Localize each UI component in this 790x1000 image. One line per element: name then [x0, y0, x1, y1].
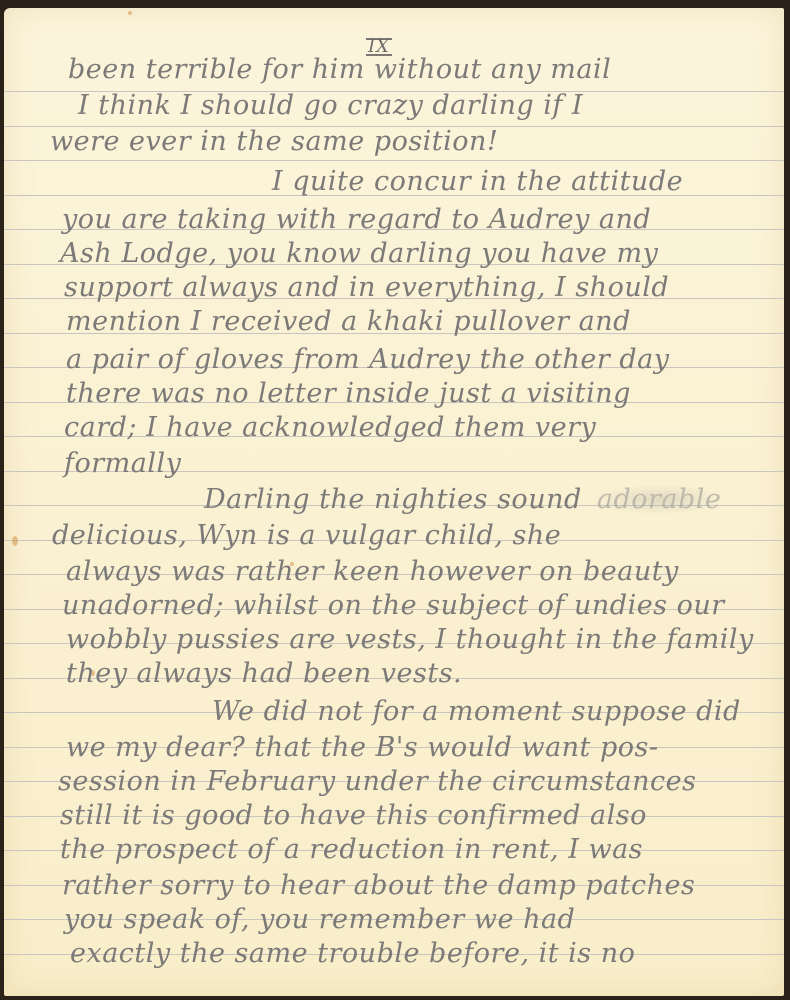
- text-line: session in February under the circumstan…: [58, 766, 696, 797]
- text-line: always was rather keen however on beauty: [66, 556, 679, 587]
- text-line: rather sorry to hear about the damp patc…: [62, 870, 695, 901]
- text-line: they always had been vests.: [66, 658, 462, 689]
- text-line: there was no letter inside just a visiti…: [66, 378, 631, 409]
- text-segment: Darling the nighties sound: [204, 484, 582, 515]
- text-line: were ever in the same position!: [50, 126, 498, 157]
- text-line: been terrible for him without any mail: [68, 54, 611, 85]
- text-line: formally: [64, 448, 181, 479]
- stain-spot: [12, 536, 18, 546]
- text-line: still it is good to have this confirmed …: [60, 800, 647, 831]
- text-line: card; I have acknowledged them very: [64, 412, 596, 443]
- ruled-line: [4, 160, 784, 161]
- text-line: mention I received a khaki pullover and: [66, 306, 631, 337]
- text-line: I think I should go crazy darling if I: [78, 90, 583, 121]
- text-line: you are taking with regard to Audrey and: [62, 204, 651, 235]
- text-line: We did not for a moment suppose did: [212, 696, 741, 727]
- erased-word: adorable: [591, 484, 728, 515]
- text-line: a pair of gloves from Audrey the other d…: [66, 344, 670, 375]
- text-line: you speak of, you remember we had: [64, 904, 575, 935]
- text-line: I quite concur in the attitude: [272, 166, 683, 197]
- text-line: Ash Lodge, you know darling you have my: [60, 238, 658, 269]
- text-line: exactly the same trouble before, it is n…: [70, 938, 635, 969]
- text-line: wobbly pussies are vests, I thought in t…: [66, 624, 754, 655]
- letter-page: IX been terrible for him without any mai…: [4, 8, 784, 996]
- text-line: we my dear? that the B's would want pos-: [66, 732, 659, 763]
- stain-spot: [128, 11, 132, 15]
- text-line: delicious, Wyn is a vulgar child, she: [52, 520, 561, 551]
- text-line: unadorned; whilst on the subject of undi…: [62, 590, 725, 621]
- text-line: support always and in everything, I shou…: [64, 272, 669, 303]
- text-line: the prospect of a reduction in rent, I w…: [60, 834, 643, 865]
- text-line: Darling the nighties sound adorable: [204, 484, 727, 515]
